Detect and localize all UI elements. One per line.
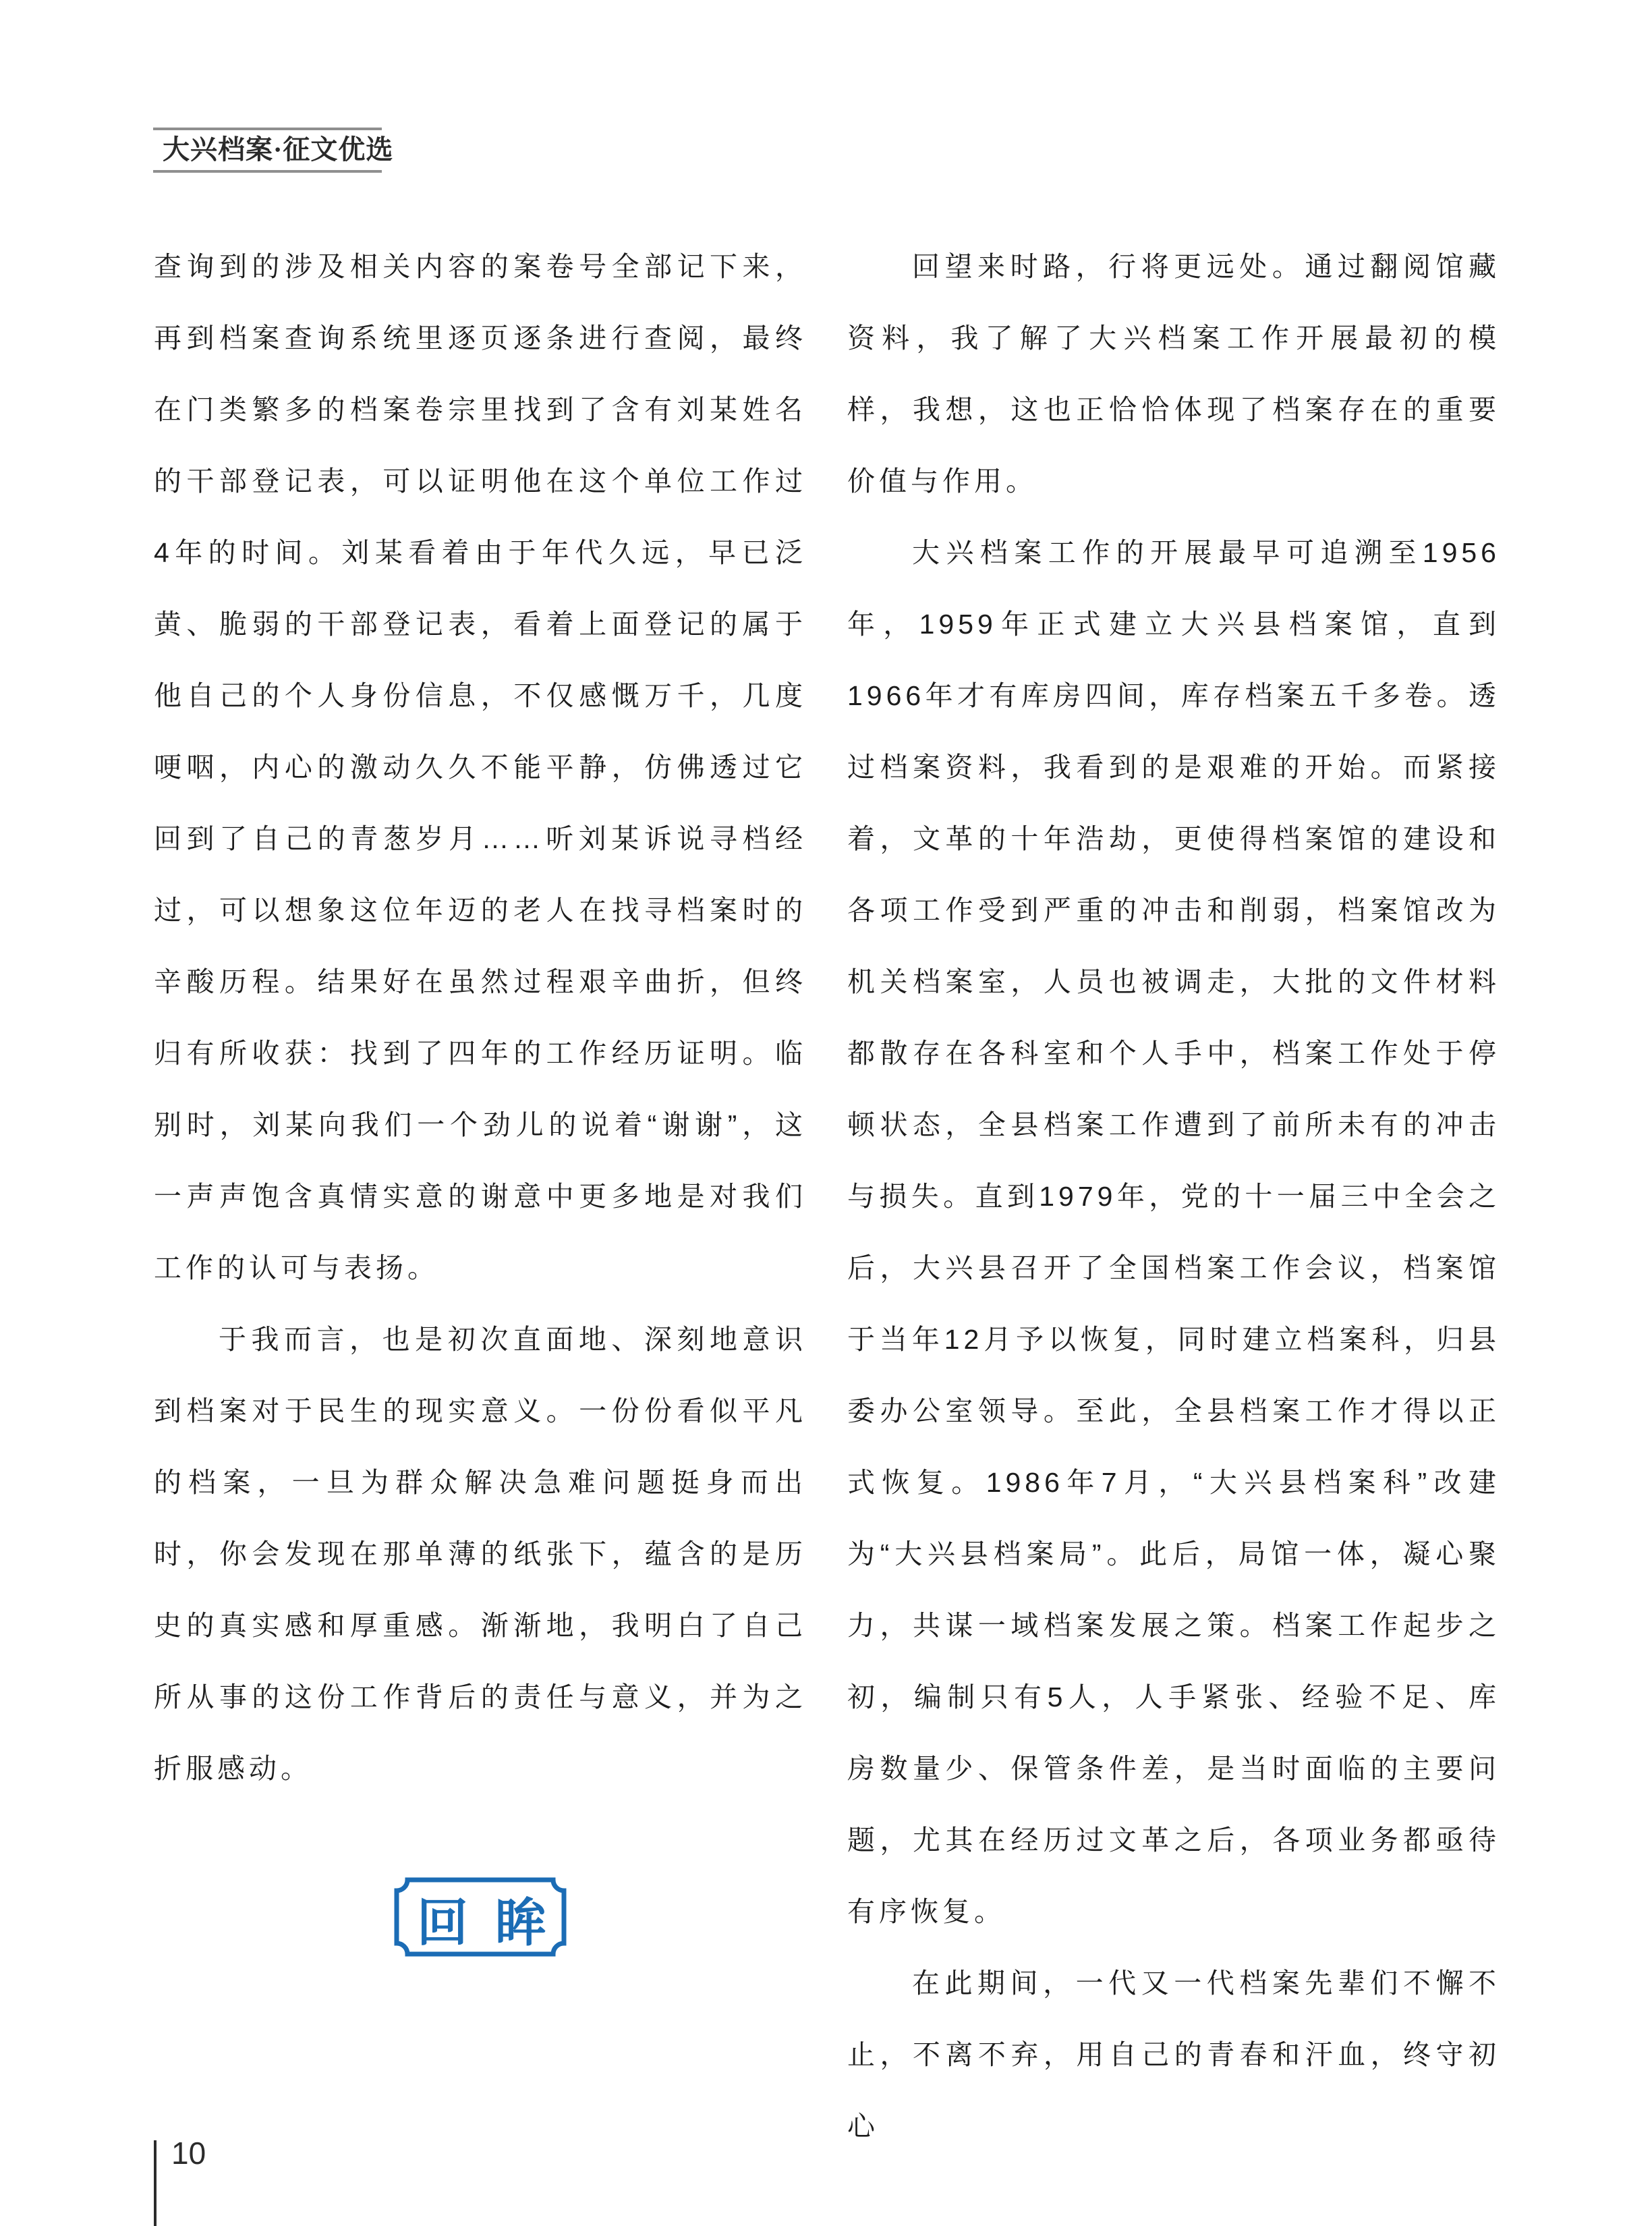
paragraph: 于我而言，也是初次直面地、深刻地意识到档案对于民生的现实意义。一份份看似平凡的档…	[154, 1304, 807, 1804]
magazine-page: 大兴档案·征文优选 查询到的涉及相关内容的案卷号全部记下来，再到档案查询系统里逐…	[0, 0, 1652, 2226]
section-header-title: 大兴档案·征文优选	[163, 136, 382, 164]
right-column: 回望来时路，行将更远处。通过翻阅馆藏资料，我了解了大兴档案工作开展最初的模样，我…	[847, 231, 1500, 2162]
paragraph: 回望来时路，行将更远处。通过翻阅馆藏资料，我了解了大兴档案工作开展最初的模样，我…	[847, 231, 1500, 517]
huimou-stamp: 回眸	[393, 1876, 568, 1958]
section-header: 大兴档案·征文优选	[153, 128, 382, 173]
page-number: 10	[171, 2138, 206, 2169]
paragraph: 查询到的涉及相关内容的案卷号全部记下来，再到档案查询系统里逐页逐条进行查阅，最终…	[154, 231, 807, 1304]
footer-rule	[154, 2140, 156, 2226]
left-column: 查询到的涉及相关内容的案卷号全部记下来，再到档案查询系统里逐页逐条进行查阅，最终…	[154, 231, 807, 2162]
paragraph: 大兴档案工作的开展最早可追溯至1956年，1959年正式建立大兴县档案馆，直到1…	[847, 517, 1500, 1947]
stamp-frame-icon: 回眸	[393, 1876, 568, 1958]
stamp-text: 回眸	[417, 1895, 568, 1952]
paragraph: 在此期间，一代又一代档案先辈们不懈不止，不离不弃，用自己的青春和汗血，终守初心	[847, 1947, 1500, 2162]
body-columns: 查询到的涉及相关内容的案卷号全部记下来，再到档案查询系统里逐页逐条进行查阅，最终…	[154, 231, 1500, 2162]
